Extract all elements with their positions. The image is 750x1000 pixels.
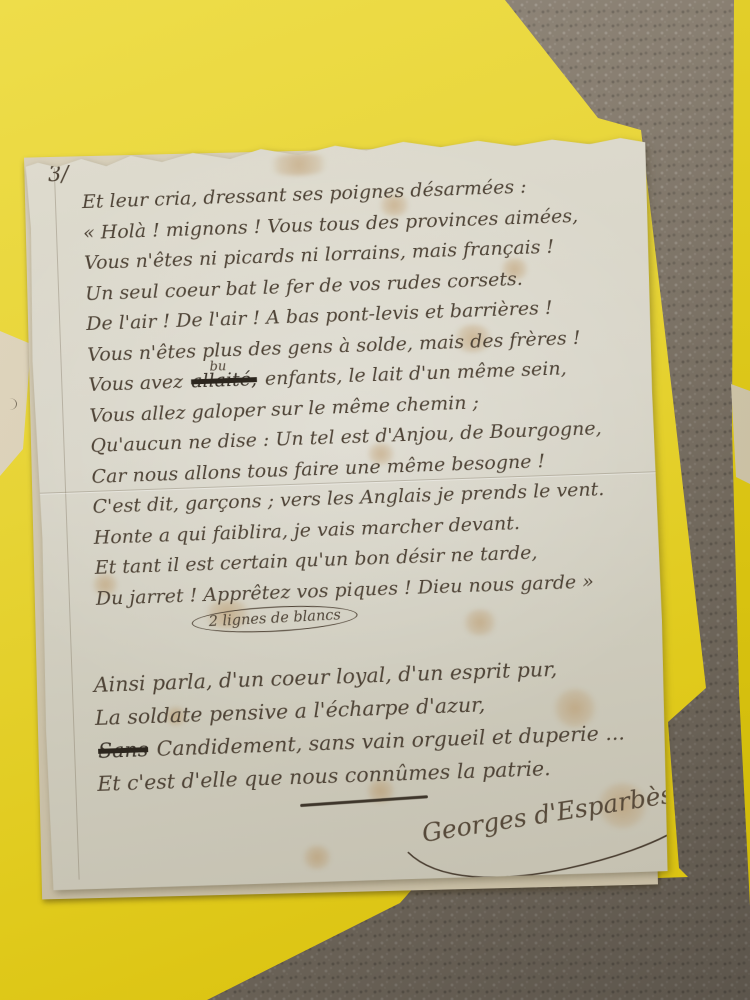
photo-scene: 3/ Et leur cria, dressant ses poignes dé… <box>0 0 750 1000</box>
foxing-spot <box>302 845 333 870</box>
inserted-word: bu <box>209 352 227 383</box>
manuscript-page-surface: 3/ Et leur cria, dressant ses poignes dé… <box>25 133 670 892</box>
foxing-spot <box>461 609 498 636</box>
strikethrough-word: Sans <box>98 737 149 763</box>
line-prefix: Vous avez <box>88 370 190 396</box>
poem-stanza-2: Ainsi parla, d'un coeur loyal, d'un espr… <box>93 651 626 801</box>
margin-line <box>54 168 80 880</box>
pencil-mark <box>2 398 17 410</box>
correction: allaité,bu <box>189 364 260 397</box>
separator-dash <box>300 795 428 807</box>
foxing-spot <box>263 152 334 176</box>
poem-stanza-1: Et leur cria, dressant ses poignes désar… <box>81 169 608 614</box>
manuscript-page: 3/ Et leur cria, dressant ses poignes dé… <box>25 133 670 892</box>
page-number: 3/ <box>48 162 69 187</box>
